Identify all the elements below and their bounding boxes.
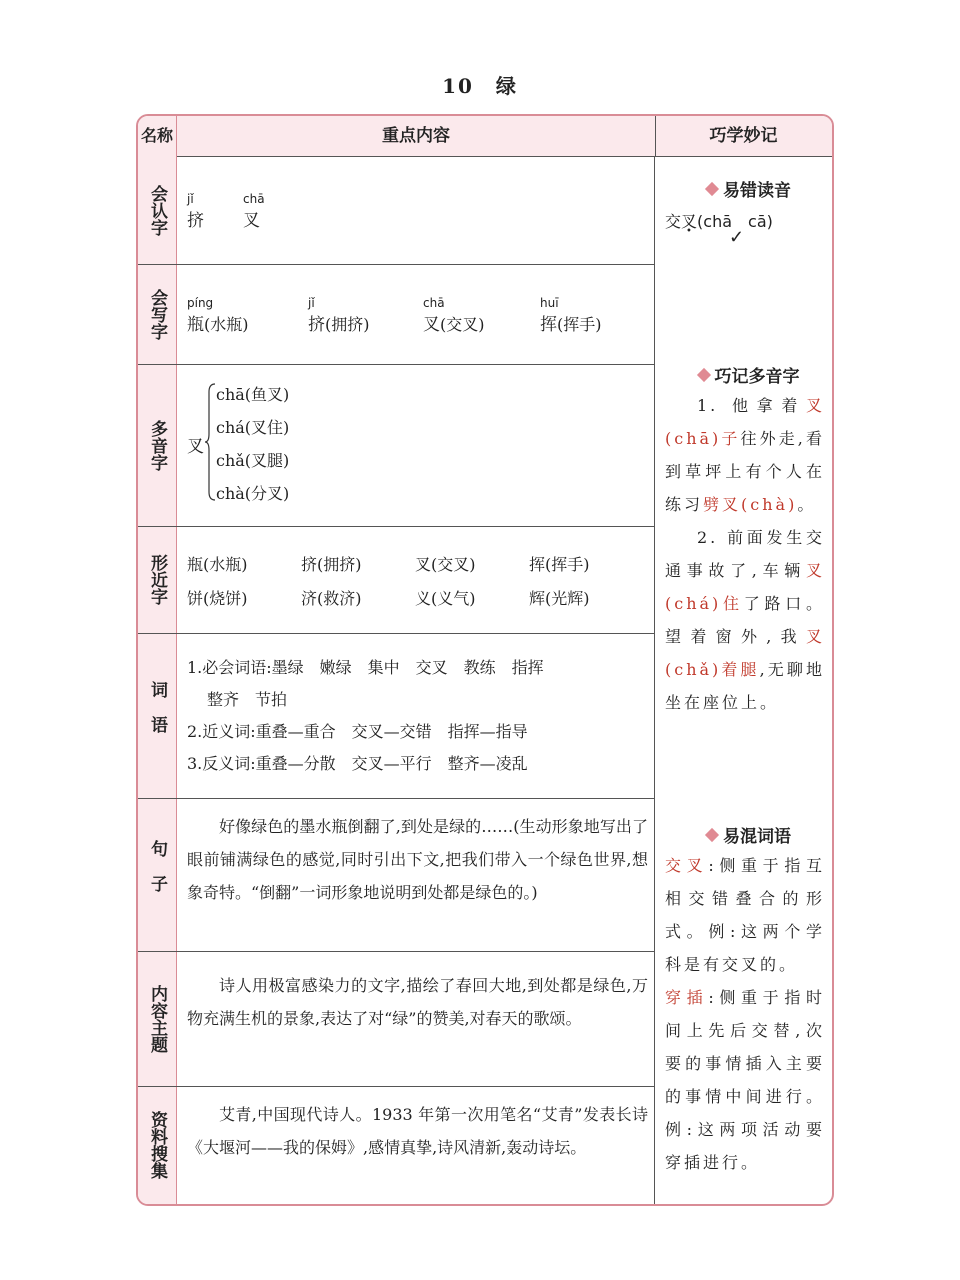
char-item: jǐ挤(拥挤) — [308, 296, 370, 335]
diamond-icon — [705, 828, 719, 842]
similar-item: 叉(交叉) — [415, 552, 476, 575]
tip-confuse: 易混词语 交叉:侧重于指互相交错叠合的形式。例:这两个学科是有交叉的。 穿插:侧… — [655, 822, 833, 1179]
row-words: 词语 1.必会词语:墨绿 嫩绿 集中 交叉 教练 指挥 整齐 节拍 2.近义词:… — [138, 633, 654, 799]
row-write: 会写字 píng瓶(水瓶) jǐ挤(拥挤) chā叉(交叉) huī挥(挥手) — [138, 264, 654, 365]
polyphone-char: 叉 — [187, 432, 204, 457]
words-required-cont: 整齐 节拍 — [207, 687, 287, 710]
page-title: 10绿 — [0, 70, 960, 99]
reading-item: chǎ(叉腿) — [216, 448, 289, 471]
section-title: 巧记多音字 — [665, 362, 833, 387]
header-name: 名称 — [138, 116, 176, 156]
similar-item: 辉(光辉) — [529, 586, 590, 609]
row-similar: 形近字 瓶(水瓶) 挤(拥挤) 叉(交叉) 挥(挥手) 饼(烧饼) 济(救济) … — [138, 526, 654, 634]
row-label: 内容主题 — [138, 951, 176, 1086]
reading-item: chā(鱼叉) — [216, 382, 289, 405]
row-info: 资料搜集 艾青,中国现代诗人。1933 年第一次用笔名“艾青”发表长诗《大堰河—… — [138, 1086, 654, 1204]
row-label: 会写字 — [138, 264, 176, 364]
tips-column: 易错读音 交叉(chā cā) ✓ 巧记多音字 1. 他拿着叉(chā)子往外走… — [654, 156, 833, 1204]
confuse-term-2: 穿插:侧重于指时间上先后交替,次要的事情插入主要的事情中间进行。例:这两项活动要… — [655, 981, 833, 1179]
theme-text: 诗人用极富感染力的文字,描绘了春回大地,到处都是绿色,万物充满生机的景象,表达了… — [187, 969, 648, 1035]
char-item: huī挥(挥手) — [540, 296, 602, 335]
char-item: chā 叉 — [243, 192, 265, 231]
diamond-icon — [705, 182, 719, 196]
row-label: 词语 — [138, 633, 176, 798]
row-label: 会认字 — [138, 156, 176, 264]
words-synonyms: 2.近义词:重叠—重合 交叉—交错 指挥—指导 — [187, 719, 528, 742]
tip-polyphone: 巧记多音字 1. 他拿着叉(chā)子往外走,看到草坪上有个人在练习劈叉(chà… — [655, 362, 833, 719]
row-label: 形近字 — [138, 526, 176, 633]
pronounce-word: 交叉 — [665, 212, 697, 231]
header-tip: 巧学妙记 — [655, 116, 832, 156]
char-item: píng瓶(水瓶) — [187, 296, 249, 335]
similar-item: 挤(拥挤) — [301, 552, 362, 575]
sentence-text: 好像绿色的墨水瓶倒翻了,到处是绿的……(生动形象地写出了眼前铺满绿色的感觉,同时… — [187, 810, 648, 909]
confuse-term-1: 交叉:侧重于指互相交错叠合的形式。例:这两个学科是有交叉的。 — [655, 849, 833, 981]
polyphone-example-2: 2. 前面发生交通事故了,车辆叉(chá)住了路口。望着窗外,我叉(chǎ)着腿… — [655, 521, 833, 719]
section-title: 易错读音 — [665, 176, 833, 201]
section-title: 易混词语 — [665, 822, 833, 847]
header-main: 重点内容 — [176, 116, 656, 156]
row-label: 多音字 — [138, 364, 176, 526]
char-item: chā叉(交叉) — [423, 296, 485, 335]
check-icon: ✓ — [729, 227, 744, 248]
row-polyphone: 多音字 叉 chā(鱼叉) chá(叉住) chǎ(叉腿) chà(分叉) — [138, 364, 654, 527]
polyphone-example-1: 1. 他拿着叉(chā)子往外走,看到草坪上有个人在练习劈叉(chà)。 — [655, 389, 833, 521]
row-sentence: 句子 好像绿色的墨水瓶倒翻了,到处是绿的……(生动形象地写出了眼前铺满绿色的感觉… — [138, 798, 654, 952]
row-recognize: 会认字 jǐ 挤 chā 叉 — [138, 156, 654, 265]
study-table: 名称 重点内容 巧学妙记 会认字 jǐ 挤 chā 叉 会写字 píng瓶(水瓶… — [136, 114, 834, 1206]
row-theme: 内容主题 诗人用极富感染力的文字,描绘了春回大地,到处都是绿色,万物充满生机的景… — [138, 951, 654, 1087]
char-item: jǐ 挤 — [187, 192, 204, 231]
row-label: 资料搜集 — [138, 1086, 176, 1204]
similar-item: 挥(挥手) — [529, 552, 590, 575]
row-label: 句子 — [138, 798, 176, 951]
table-header: 名称 重点内容 巧学妙记 — [138, 116, 832, 157]
diamond-icon — [696, 368, 710, 382]
similar-item: 瓶(水瓶) — [187, 552, 248, 575]
similar-item: 饼(烧饼) — [187, 586, 248, 609]
lesson-title: 绿 — [496, 74, 518, 98]
lesson-number: 10 — [442, 74, 474, 98]
similar-item: 义(义气) — [415, 586, 476, 609]
words-antonyms: 3.反义词:重叠—分散 交叉—平行 整齐—凌乱 — [187, 751, 528, 774]
reading-item: chá(叉住) — [216, 415, 289, 438]
info-text: 艾青,中国现代诗人。1933 年第一次用笔名“艾青”发表长诗《大堰河——我的保姆… — [187, 1098, 648, 1164]
similar-item: 济(救济) — [301, 586, 362, 609]
tip-pronounce: 易错读音 交叉(chā cā) ✓ — [655, 176, 833, 232]
reading-item: chà(分叉) — [216, 481, 289, 504]
words-required: 1.必会词语:墨绿 嫩绿 集中 交叉 教练 指挥 — [187, 655, 544, 678]
